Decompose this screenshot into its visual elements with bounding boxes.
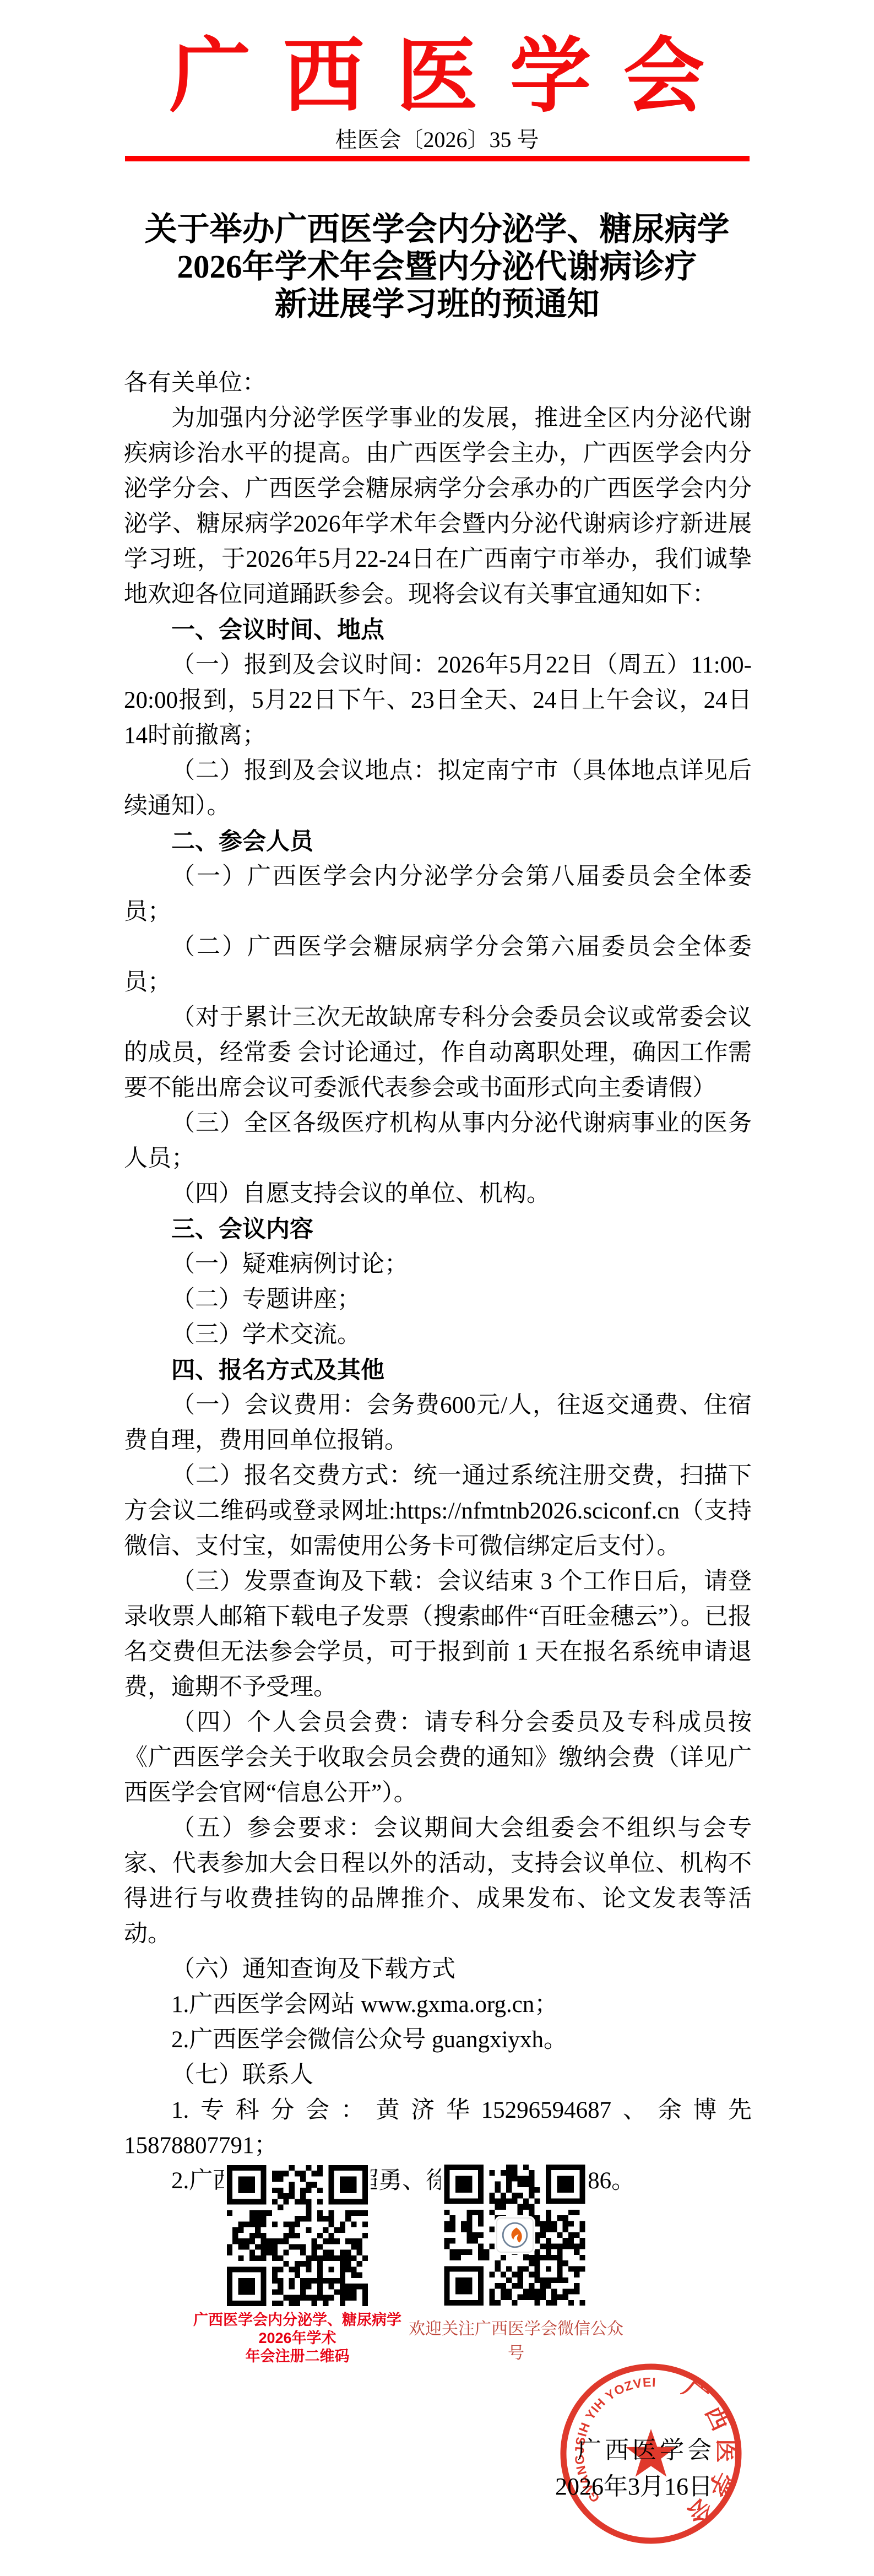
body-paragraph: （一）广西医学会内分泌学分会第八届委员会全体委员； [124, 859, 752, 930]
registration-qr-code [224, 2165, 371, 2306]
body-paragraph: （一）报到及会议时间：2026年5月22日（周五）11:00-20:00报到，5… [124, 648, 752, 753]
association-emblem-icon [497, 2219, 533, 2252]
body-paragraph: （二）专题讲座； [124, 1282, 752, 1317]
registration-qr-caption-line-1: 广西医学会内分泌学、糖尿病学2026年学术 [187, 2311, 408, 2347]
notice-title-line-1: 关于举办广西医学会内分泌学、糖尿病学 [0, 210, 874, 248]
section-heading-2: 二、参会人员 [124, 824, 752, 859]
seal-cn-text: 广西医学会 [677, 2376, 739, 2532]
body-paragraph: （一）会议费用：会务费600元/人，往返交通费、住宿费自理，费用回单位报销。 [124, 1388, 752, 1458]
notice-title-line-3: 新进展学习班的预通知 [0, 285, 874, 323]
doc-number: 桂医会〔2026〕35 号 [0, 122, 874, 154]
section-heading-1: 一、会议时间、地点 [124, 612, 752, 648]
body-paragraph: （三）学术交流。 [124, 1317, 752, 1353]
wechat-qr-caption: 欢迎关注广西医学会微信公众号 [406, 2315, 626, 2363]
section-heading-4: 四、报名方式及其他 [124, 1353, 752, 1388]
body-paragraph: 为加强内分泌学医学事业的发展，推进全区内分泌代谢疾病诊治水平的提高。由广西医学会… [124, 401, 752, 612]
body-paragraph: （二）报名交费方式：统一通过系统注册交费，扫描下方会议二维码或登录网址:http… [124, 1458, 752, 1564]
body-paragraph: 1.广西医学会网站 www.gxma.org.cn； [124, 1987, 752, 2022]
body-paragraph: 2.广西医学会：覃超勇、徐蓉0771-2803986。 [124, 2163, 752, 2199]
body-paragraph: 1.专科分会：黄济华15296594687、余博先15878807791； [124, 2093, 752, 2163]
body-paragraph: （五）参会要求：会议期间大会组委会不组织与会专家、代表参加大会日程以外的活动，支… [124, 1811, 752, 1952]
notice-title: 关于举办广西医学会内分泌学、糖尿病学 2026年学术年会暨内分泌代谢病诊疗 新进… [0, 210, 874, 323]
body-paragraph: （三）全区各级医疗机构从事内分泌代谢病事业的医务人员； [124, 1106, 752, 1176]
qr-center-logo-icon [496, 2217, 534, 2253]
wechat-qr-code [441, 2165, 589, 2306]
registration-qr-caption: 广西医学会内分泌学、糖尿病学2026年学术 年会注册二维码 [187, 2311, 408, 2366]
body-paragraph: （对于累计三次无故缺席专科分会委员会议或常委会议的成员，经常委 会讨论通过，作自… [124, 1000, 752, 1106]
official-notice-document: 广西医学会 桂医会〔2026〕35 号 关于举办广西医学会内分泌学、糖尿病学 2… [0, 0, 874, 2576]
section-heading-3: 三、会议内容 [124, 1212, 752, 1247]
body-paragraph: （七）联系人 [124, 2058, 752, 2093]
notice-body: 各有关单位： 为加强内分泌学医学事业的发展，推进全区内分泌代谢疾病诊治水平的提高… [124, 366, 752, 2199]
body-paragraph: （二）报到及会议地点：拟定南宁市（具体地点详见后续通知）。 [124, 753, 752, 824]
seal-star-icon [626, 2429, 676, 2477]
body-paragraph: （六）通知查询及下载方式 [124, 1952, 752, 1987]
official-seal: GVANGJSIH YIH YOZVEI 广西医学会 [557, 2361, 745, 2547]
body-paragraph: （四）个人会员会费：请专科分会委员及专科成员按《广西医学会关于收取会员会费的通知… [124, 1705, 752, 1811]
body-paragraph: （三）发票查询及下载：会议结束 3 个工作日后，请登录收票人邮箱下载电子发票（搜… [124, 1564, 752, 1705]
body-paragraph: （一）疑难病例讨论； [124, 1247, 752, 1282]
notice-title-line-2: 2026年学术年会暨内分泌代谢病诊疗 [0, 248, 874, 285]
body-paragraph: 2.广西医学会微信公众号 guangxiyxh。 [124, 2022, 752, 2058]
red-separator-rule [125, 156, 750, 161]
registration-qr-caption-line-2: 年会注册二维码 [187, 2347, 408, 2366]
org-header-title: 广西医学会 [0, 11, 874, 128]
salutation: 各有关单位： [124, 366, 752, 401]
body-paragraph: （四）自愿支持会议的单位、机构。 [124, 1176, 752, 1212]
body-paragraph: （二）广西医学会糖尿病学分会第六届委员会全体委员； [124, 930, 752, 1000]
qr-pattern [224, 2165, 371, 2306]
